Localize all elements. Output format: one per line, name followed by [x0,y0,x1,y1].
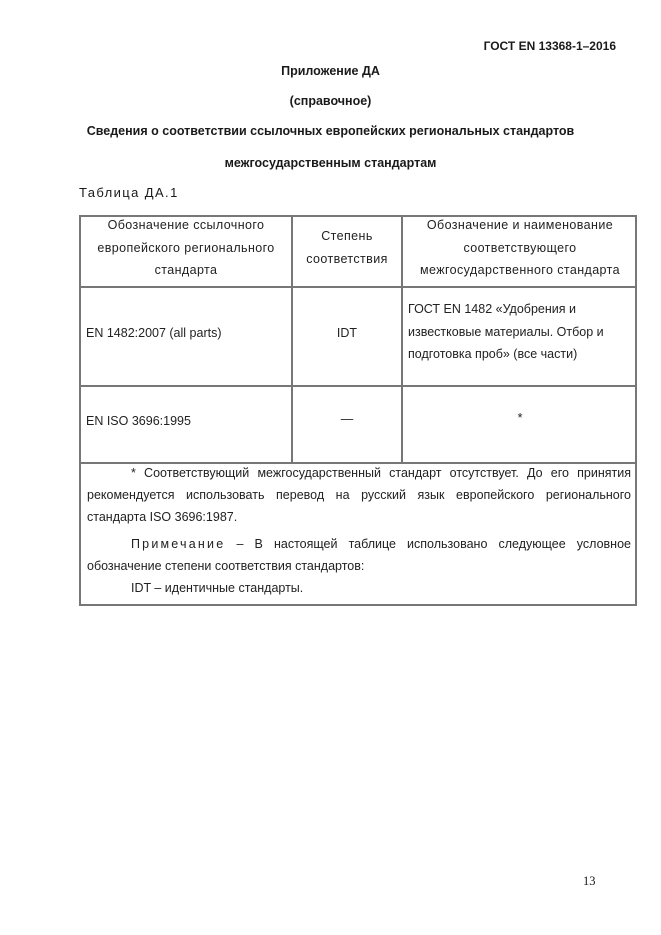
page-number: 13 [583,874,596,889]
column-header-interstate: Обозначение и наименование соответствующ… [403,214,637,282]
appendix-heading-line2: межгосударственным стандартам [0,156,661,170]
table-row-1-degree: IDT [293,322,401,345]
table-row-1-reference: EN 1482:2007 (all parts) [86,322,286,345]
table-row-1-interstate: ГОСТ EN 1482 «Удобрения и известковые ма… [408,298,634,366]
table-footnote: * Соответствующий межгосударственный ста… [87,462,631,528]
table-caption: Таблица ДА.1 [79,185,179,200]
document-id: ГОСТ EN 13368-1–2016 [460,39,616,53]
correspondence-table: Обозначение ссылочного европейского реги… [79,215,637,606]
table-row-2-interstate: * [403,407,637,430]
column-header-degree: Степень соответствия [293,225,401,270]
appendix-heading-line1: Сведения о соответствии ссылочных европе… [0,124,661,138]
note-line1: Примечание – В настоящей таблице использ… [87,533,631,555]
row-divider [81,385,635,387]
appendix-title: Приложение ДА [0,64,661,78]
table-row-2-degree: — [293,408,401,431]
header-divider [81,286,635,288]
note-label: Примечание [131,537,225,551]
appendix-subtitle: (справочное) [0,94,661,108]
table-row-2-reference: EN ISO 3696:1995 [86,410,286,433]
table-note: Примечание – В настоящей таблице использ… [87,533,631,599]
column-header-reference: Обозначение ссылочного европейского реги… [81,214,291,282]
